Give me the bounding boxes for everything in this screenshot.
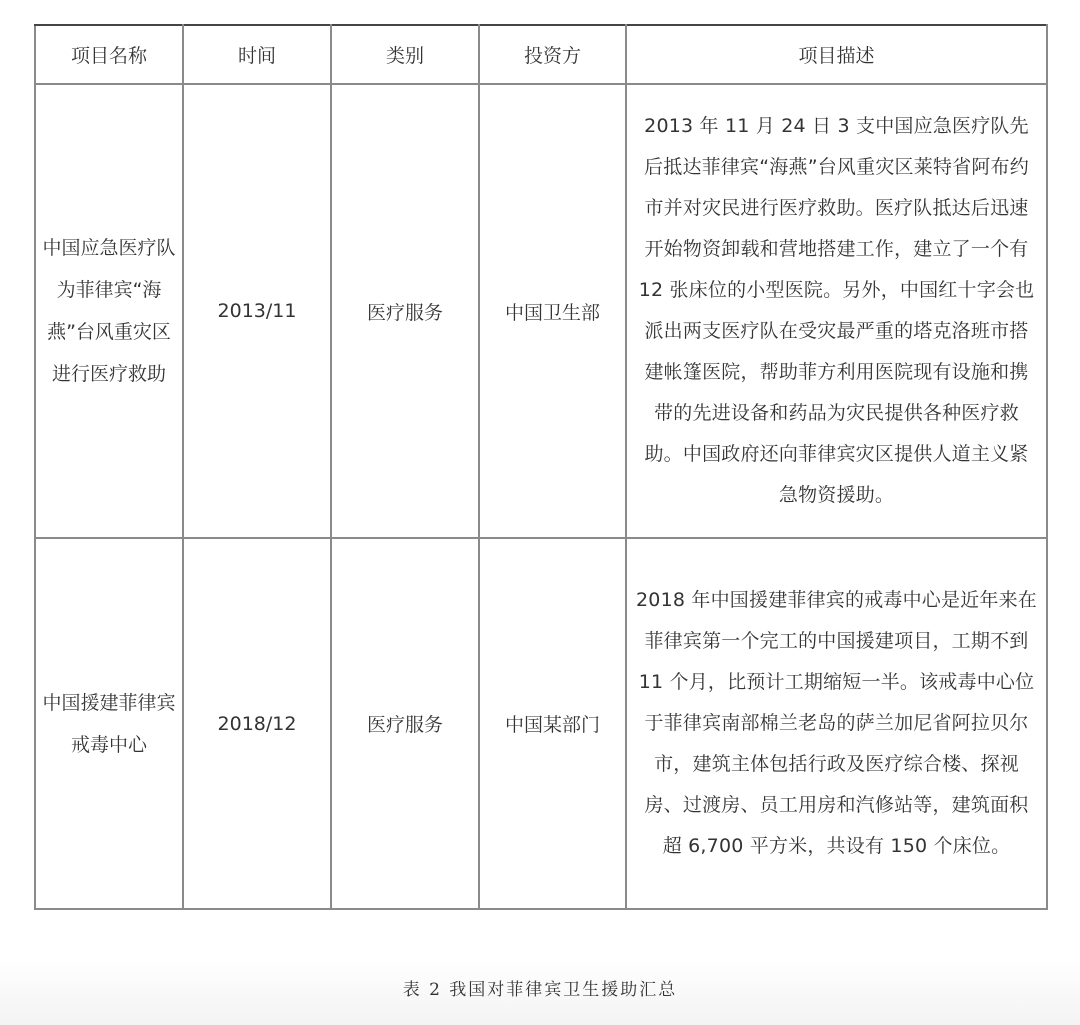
cell-category: 医疗服务 [331, 84, 479, 538]
table-row: 中国援建菲律宾戒毒中心 2018/12 医疗服务 中国某部门 2018 年中国援… [35, 538, 1047, 909]
cell-project-name: 中国援建菲律宾戒毒中心 [35, 538, 183, 909]
header-investor: 投资方 [479, 25, 626, 84]
aid-summary-table: 项目名称 时间 类别 投资方 项目描述 中国应急医疗队为菲律宾“海燕”台风重灾区… [34, 24, 1048, 910]
header-time: 时间 [183, 25, 331, 84]
header-category: 类别 [331, 25, 479, 84]
cell-time: 2013/11 [183, 84, 331, 538]
table-header-row: 项目名称 时间 类别 投资方 项目描述 [35, 25, 1047, 84]
cell-description: 2018 年中国援建菲律宾的戒毒中心是近年来在菲律宾第一个完工的中国援建项目，工… [626, 538, 1047, 909]
cell-description: 2013 年 11 月 24 日 3 支中国应急医疗队先后抵达菲律宾“海燕”台风… [626, 84, 1047, 538]
header-description: 项目描述 [626, 25, 1047, 84]
cell-category: 医疗服务 [331, 538, 479, 909]
cell-investor: 中国卫生部 [479, 84, 626, 538]
cell-investor: 中国某部门 [479, 538, 626, 909]
cell-project-name: 中国应急医疗队为菲律宾“海燕”台风重灾区进行医疗救助 [35, 84, 183, 538]
table-row: 中国应急医疗队为菲律宾“海燕”台风重灾区进行医疗救助 2013/11 医疗服务 … [35, 84, 1047, 538]
table-caption: 表 2 我国对菲律宾卫生援助汇总 [0, 975, 1080, 1000]
cell-time: 2018/12 [183, 538, 331, 909]
header-project-name: 项目名称 [35, 25, 183, 84]
